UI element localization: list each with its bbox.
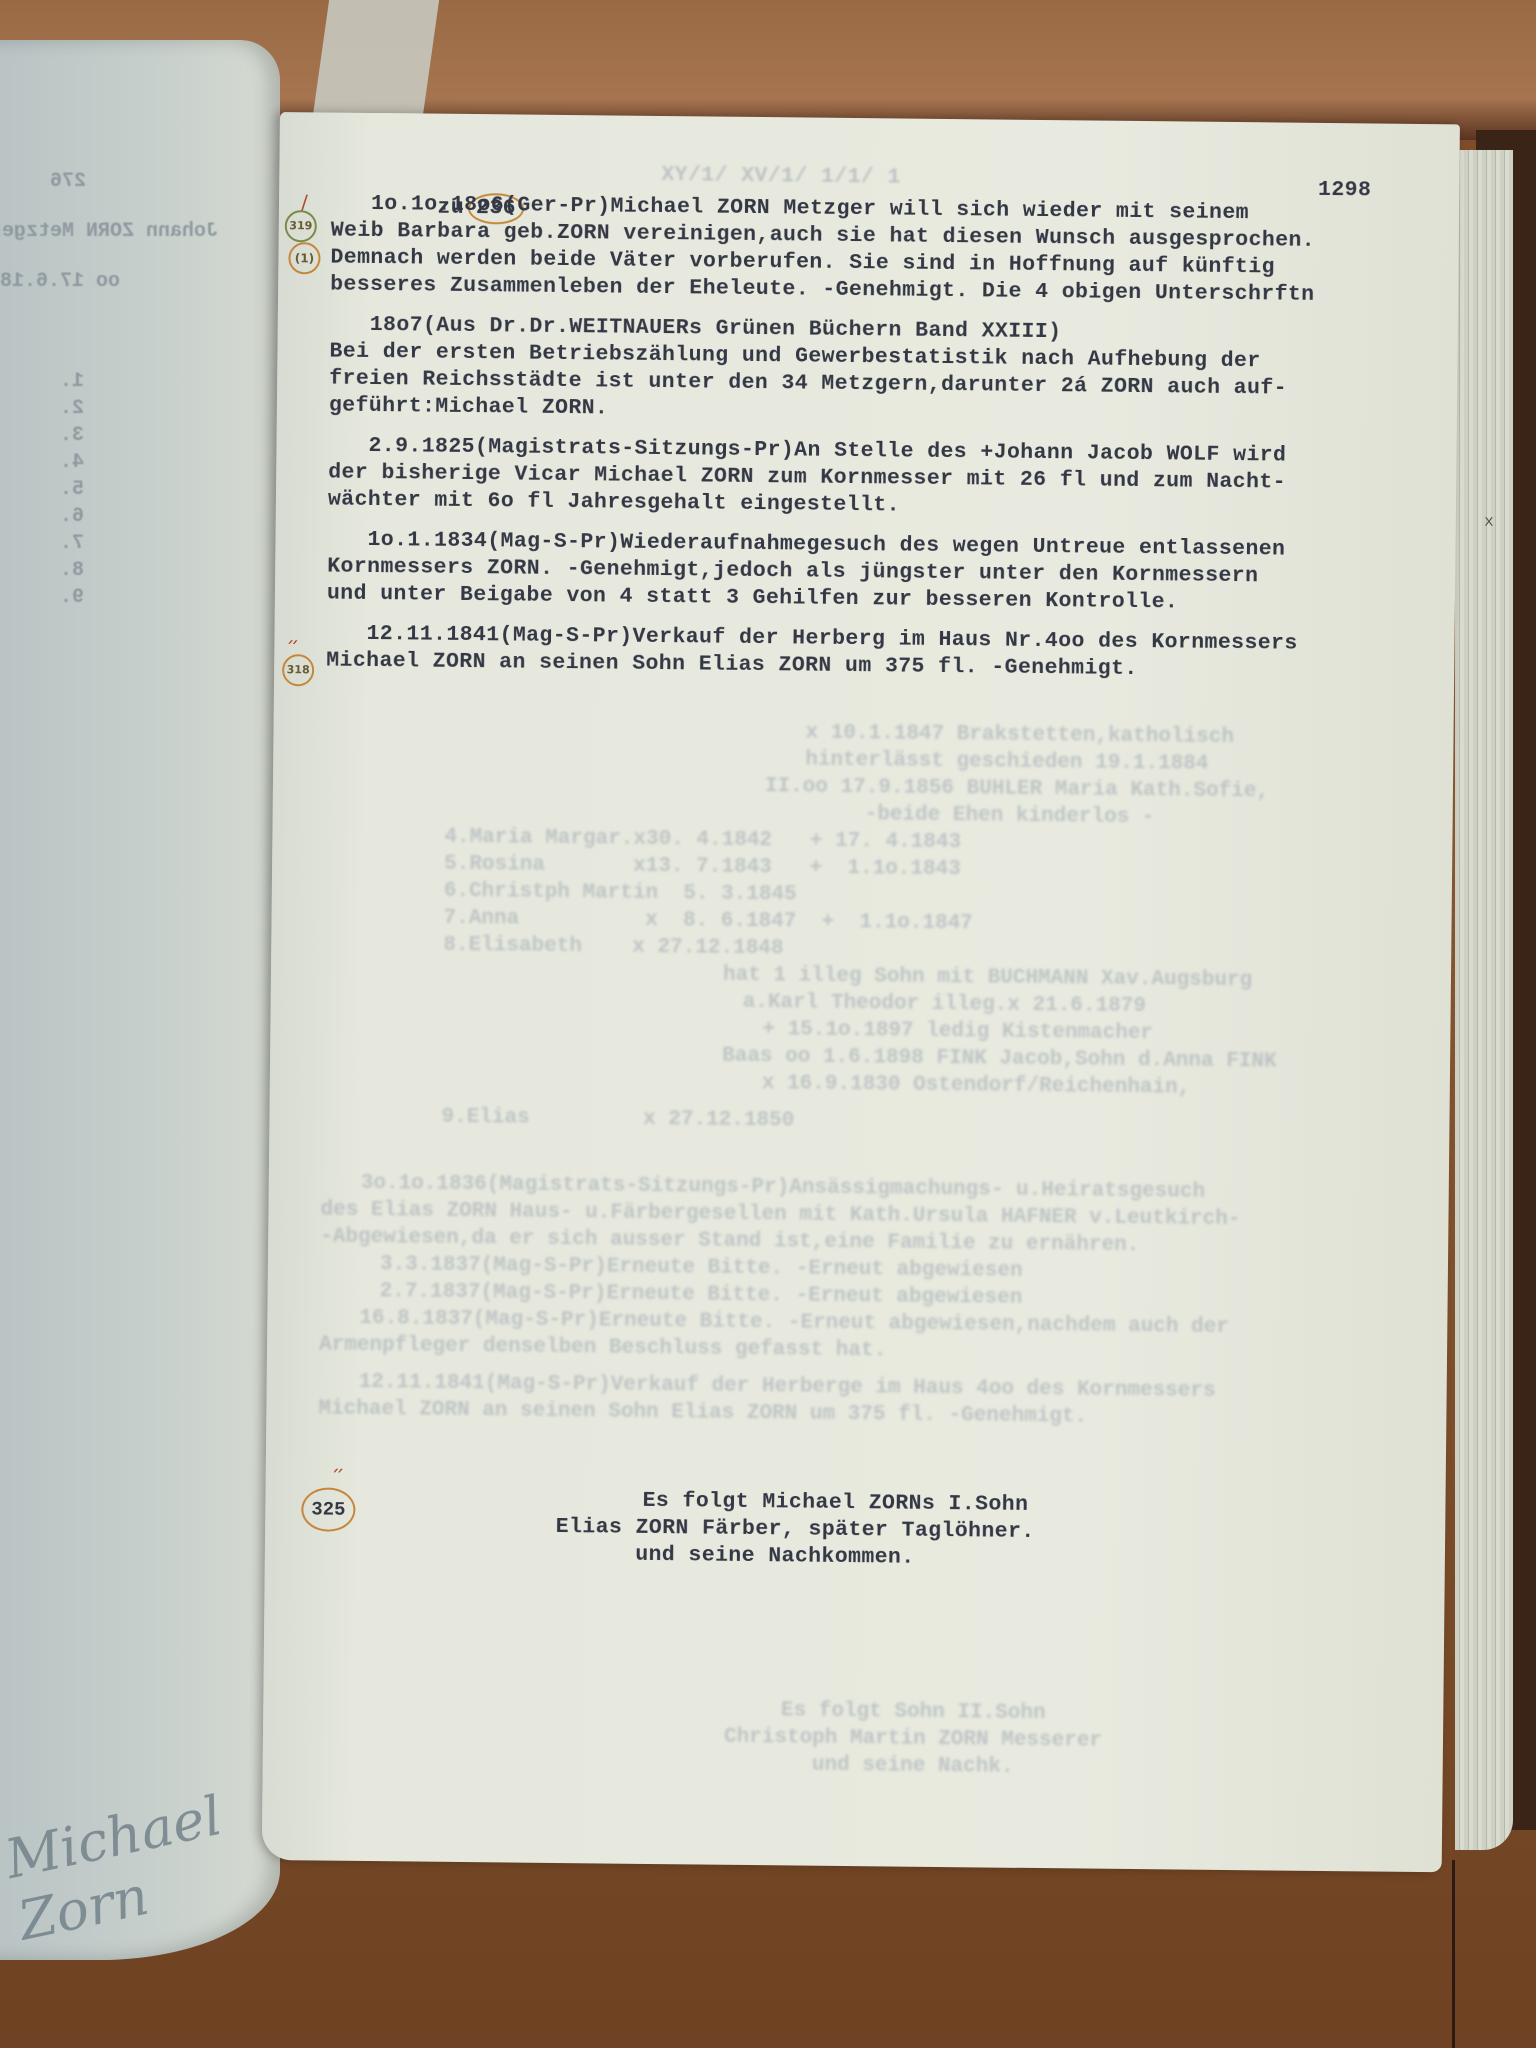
left-numbered-item: 6. (60, 505, 84, 528)
left-numbered-item: 1. (60, 370, 84, 393)
stray-mark: x (1484, 513, 1494, 531)
show-through-middle: x 10.1.1847 Brakstetten,katholisch hinte… (321, 715, 1425, 1141)
margin-mark: (1) (288, 242, 320, 274)
closing-block: Es folgt Michael ZORNs I.Sohn Elias ZORN… (435, 1486, 1156, 1575)
entry-1825: 2.9.1825(Magistrats-Sitzungs-Pr)An Stell… (328, 433, 1429, 526)
left-numbered-item: 8. (60, 559, 84, 582)
left-numbered-item: 4. (60, 451, 84, 474)
tick-mark: ״ (332, 1461, 345, 1485)
entry-1806: 1o.1o.18o6(Ger-Pr)Michael ZORN Metzger w… (330, 191, 1431, 311)
tape-strip (311, 0, 439, 130)
left-numbered-item: 2. (60, 397, 84, 420)
entry-1841: 12.11.1841(Mag-S-Pr)Verkauf der Herberg … (326, 621, 1427, 687)
ghost-header: XY/1/ XV/1/ 1/1/ 1 (661, 162, 901, 192)
handwritten-signature: Michael Zorn (0, 1773, 280, 1952)
desk-seam (1452, 1860, 1455, 2048)
right-page: zu236 XY/1/ XV/1/ 1/1/ 1 1298 1o.1o.18o6… (262, 112, 1460, 1872)
margin-mark: 319 (285, 210, 317, 242)
entry-1834: 1o.1.1834(Mag-S-Pr)Wiederaufnahmegesuch … (327, 527, 1428, 620)
tick-mark: ״ (286, 632, 299, 656)
entry-1807: 18o7(Aus Dr.Dr.WEITNAUERs Grünen Büchern… (329, 312, 1430, 432)
left-numbered-item: 3. (60, 424, 84, 447)
margin-mark: 318 (282, 654, 314, 686)
left-page: 276 Johann ZORN Metzger oo 17.6.18 1. 2.… (0, 40, 280, 1960)
left-ghost-line: oo 17.6.18 (0, 270, 120, 293)
left-numbered-item: 7. (60, 532, 84, 555)
left-ghost-line: Johann ZORN Metzger (0, 220, 218, 243)
left-numbered-item: 5. (60, 478, 84, 501)
show-through-lower: 3o.1o.1836(Magistrats-Sitzungs-Pr)Ansäss… (318, 1169, 1421, 1434)
show-through-bottom: Es folgt Sohn II.Sohn Christoph Martin Z… (563, 1695, 1264, 1783)
left-numbered-item: 9. (60, 586, 84, 609)
page-stack-edges (1455, 150, 1513, 1850)
circled-number-325: 325 (301, 1487, 355, 1532)
document-body: zu236 XY/1/ XV/1/ 1/1/ 1 1298 1o.1o.18o6… (318, 161, 1431, 1434)
left-page-number: 276 (50, 170, 86, 193)
